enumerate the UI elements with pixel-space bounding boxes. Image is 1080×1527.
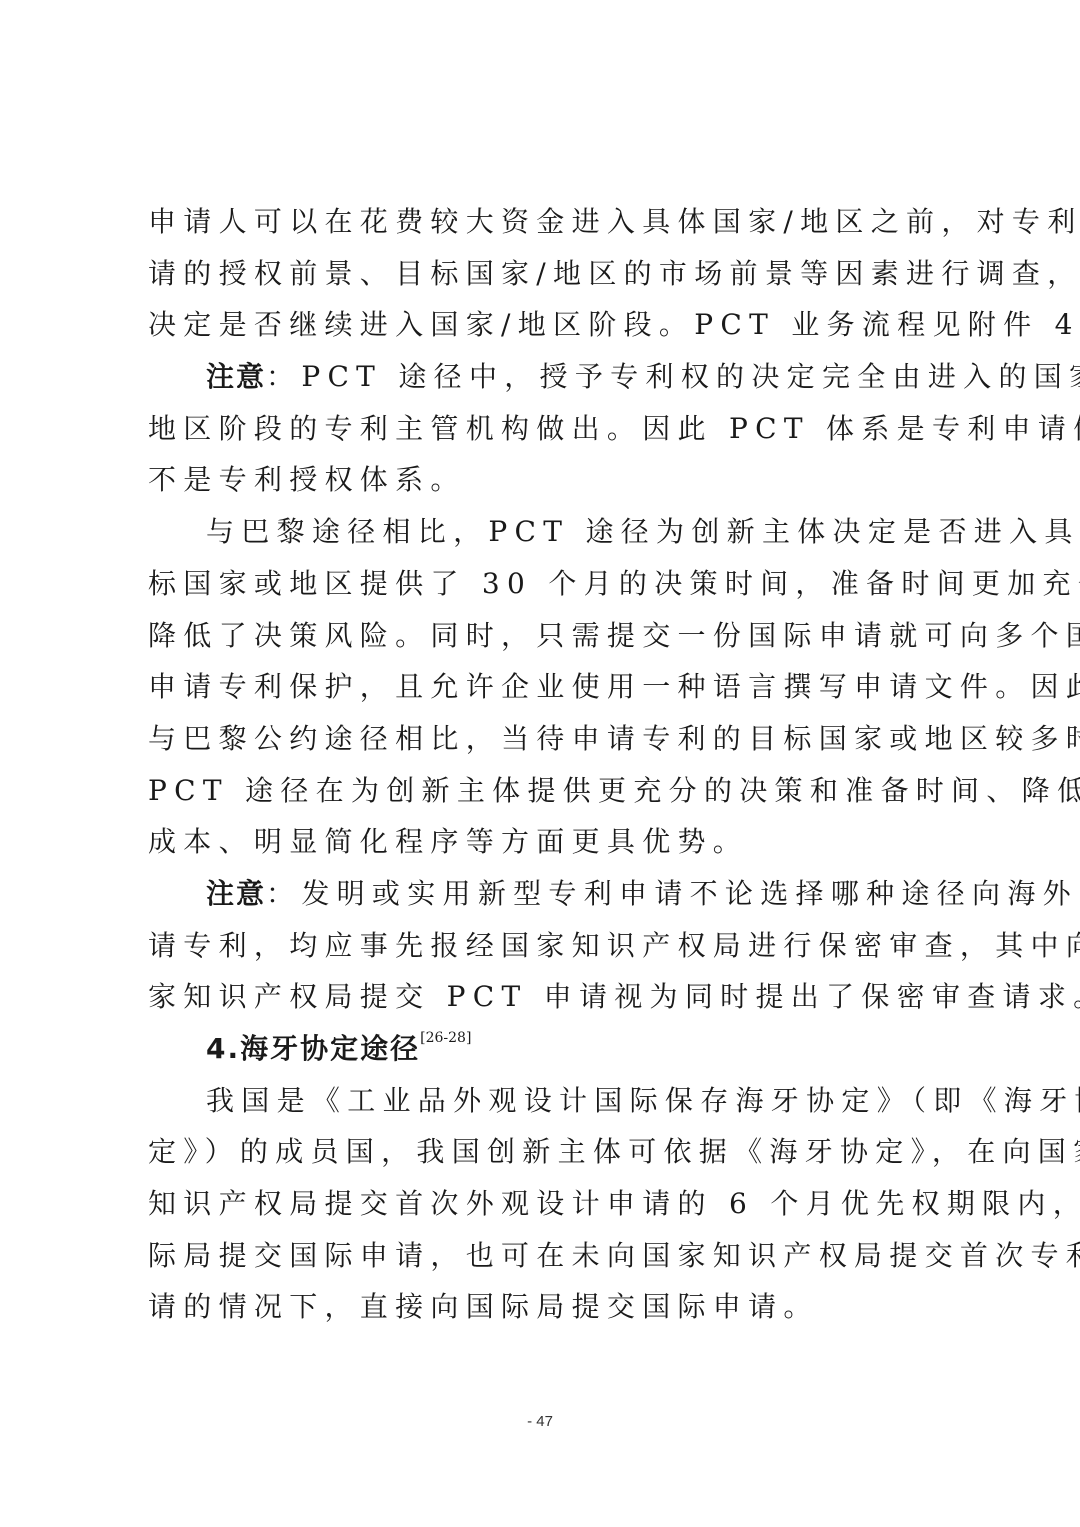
note-line: 注意：PCT 途径中，授予专利权的决定完全由进入的国家/	[148, 351, 948, 403]
text-line: 申请人可以在花费较大资金进入具体国家/地区之前，对专利申	[148, 196, 948, 248]
text-line: 请的授权前景、目标国家/地区的市场前景等因素进行调查，以	[148, 248, 948, 300]
note-text: ：PCT 途径中，授予专利权的决定完全由进入的国家/	[266, 360, 1080, 393]
note-label: 注意	[206, 360, 266, 393]
text-line: 家知识产权局提交 PCT 申请视为同时提出了保密审查请求。	[148, 971, 948, 1023]
text-line: 定》）的成员国，我国创新主体可依据《海牙协定》，在向国家	[148, 1126, 948, 1178]
text-line: 不是专利授权体系。	[148, 454, 948, 506]
text-line: PCT 途径在为创新主体提供更充分的决策和准备时间、降低风险	[148, 765, 948, 817]
text-line: 请专利，均应事先报经国家知识产权局进行保密审查，其中向国	[148, 920, 948, 972]
text-line: 与巴黎公约途径相比，当待申请专利的目标国家或地区较多时，	[148, 713, 948, 765]
text-line: 与巴黎途径相比，PCT 途径为创新主体决定是否进入具体目	[148, 506, 948, 558]
page-number: - 47	[0, 1413, 1080, 1430]
text-line: 知识产权局提交首次外观设计申请的 6 个月优先权期限内，向国	[148, 1178, 948, 1230]
citation: [26-28]	[420, 1030, 471, 1046]
text-line: 降低了决策风险。同时，只需提交一份国际申请就可向多个国家	[148, 610, 948, 662]
text-line: 决定是否继续进入国家/地区阶段。PCT 业务流程见附件 4。	[148, 299, 948, 351]
text-line: 我国是《工业品外观设计国际保存海牙协定》（即《海牙协	[148, 1075, 948, 1127]
text-line: 申请专利保护，且允许企业使用一种语言撰写申请文件。因此，	[148, 661, 948, 713]
note-line: 注意：发明或实用新型专利申请不论选择哪种途径向海外申	[148, 868, 948, 920]
note-text: ：发明或实用新型专利申请不论选择哪种途径向海外申	[266, 877, 1080, 910]
text-line: 请的情况下，直接向国际局提交国际申请。	[148, 1281, 948, 1333]
text-line: 标国家或地区提供了 30 个月的决策时间，准备时间更加充分，	[148, 558, 948, 610]
note-label: 注意	[206, 877, 266, 910]
text-line: 地区阶段的专利主管机构做出。因此 PCT 体系是专利申请体系，	[148, 403, 948, 455]
text-line: 际局提交国际申请，也可在未向国家知识产权局提交首次专利申	[148, 1230, 948, 1282]
heading-text: 4.海牙协定途径	[206, 1032, 420, 1065]
text-line: 成本、明显简化程序等方面更具优势。	[148, 816, 948, 868]
document-body: 申请人可以在花费较大资金进入具体国家/地区之前，对专利申 请的授权前景、目标国家…	[148, 196, 948, 1333]
section-heading: 4.海牙协定途径[26-28]	[148, 1023, 948, 1075]
